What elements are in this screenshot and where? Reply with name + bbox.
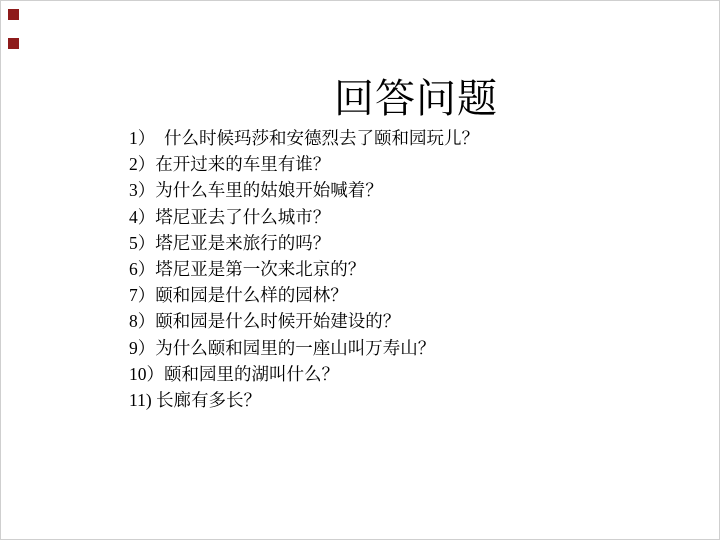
question-item-6: 6）塔尼亚是第一次来北京的？	[129, 256, 479, 282]
question-item-8: 8）颐和园是什么时候开始建设的？	[129, 308, 479, 334]
slide-title: 回答问题	[334, 77, 498, 121]
slide-page: 回答问题 1） 什么时候玛莎和安德烈去了颐和园玩儿？ 2）在开过来的车里有谁？ …	[0, 0, 720, 540]
question-list: 1） 什么时候玛莎和安德烈去了颐和园玩儿？ 2）在开过来的车里有谁？ 3）为什么…	[129, 125, 479, 413]
question-item-2: 2）在开过来的车里有谁？	[129, 151, 479, 177]
question-item-3: 3）为什么车里的姑娘开始喊着？	[129, 177, 479, 203]
red-square-decoration-2	[8, 38, 19, 49]
question-item-9: 9）为什么颐和园里的一座山叫万寿山？	[129, 335, 479, 361]
question-item-11: 11) 长廊有多长？	[129, 387, 479, 413]
question-item-4: 4）塔尼亚去了什么城市？	[129, 204, 479, 230]
question-item-7: 7）颐和园是什么样的园林？	[129, 282, 479, 308]
question-item-1: 1） 什么时候玛莎和安德烈去了颐和园玩儿？	[129, 125, 479, 151]
question-item-5: 5）塔尼亚是来旅行的吗？	[129, 230, 479, 256]
question-item-10: 10）颐和园里的湖叫什么？	[129, 361, 479, 387]
red-square-decoration-1	[8, 9, 19, 20]
